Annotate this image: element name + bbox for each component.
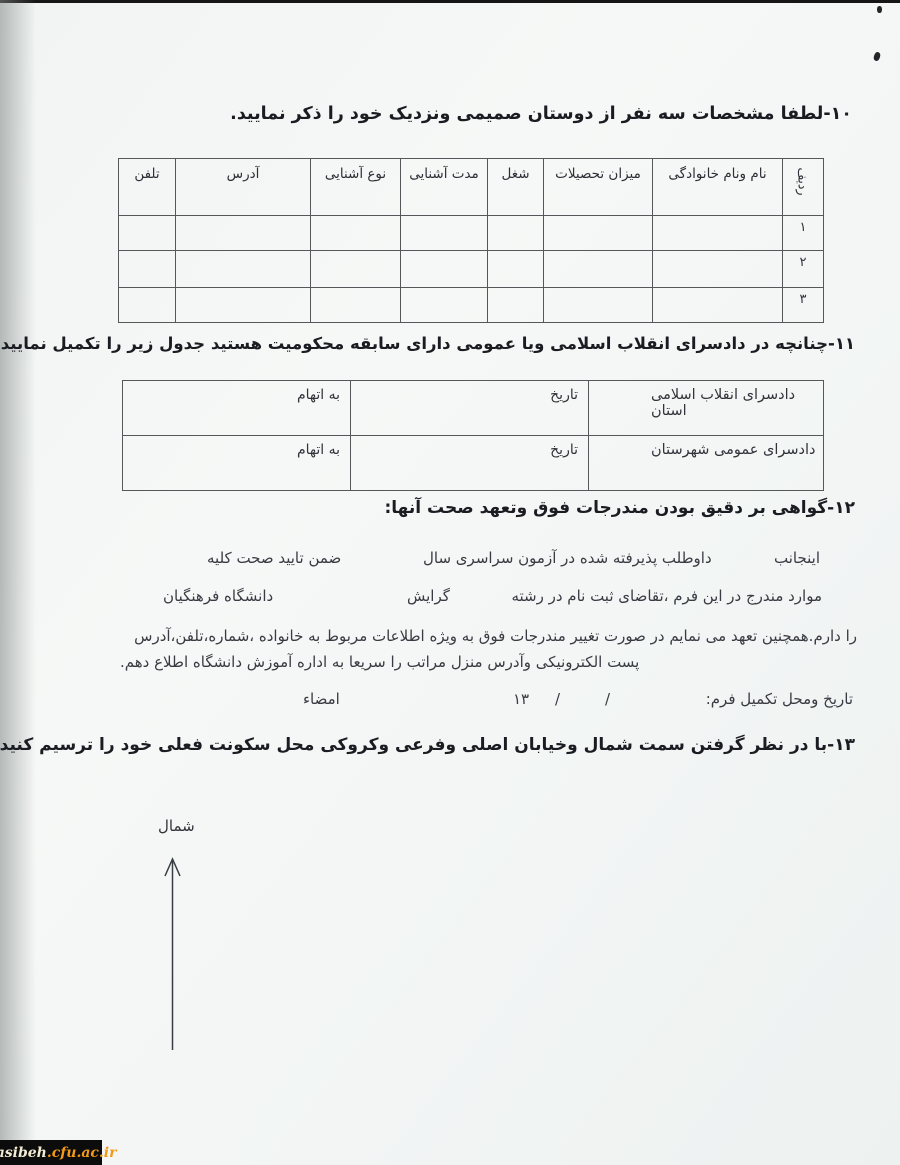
empty-cell: [488, 216, 544, 251]
empty-cell: [176, 251, 311, 288]
section10-heading: ۱۰-لطفا مشخصات سه نفر از دوستان صمیمی ون…: [230, 104, 852, 124]
date-slash: /: [555, 690, 560, 708]
empty-cell: [653, 251, 783, 288]
friends-table: ردیف نام ونام خانوادگی میزان تحصیلات شغل…: [118, 158, 824, 323]
year-prefix: ۱۳: [513, 690, 529, 708]
empty-cell: [653, 216, 783, 251]
watermark-site-domain: .cfu.ac.ir: [47, 1145, 117, 1161]
empty-cell: [488, 251, 544, 288]
empty-cell: [544, 288, 653, 323]
column-header-education: میزان تحصیلات: [544, 159, 653, 216]
table-row: ۱: [119, 216, 824, 251]
form-contents-text: موارد مندرج در این فرم ،تقاضای ثبت نام د…: [511, 587, 822, 605]
section11-heading: ۱۱-چنانچه در دادسرای انقلاب اسلامی ویا ع…: [0, 334, 855, 353]
table-row: ۲: [119, 251, 824, 288]
admitted-candidate-text: داوطلب پذیرفته شده در آزمون سراسری سال: [423, 549, 712, 567]
convictions-table: دادسرای انقلاب اسلامی استان تاریخ به اته…: [122, 380, 824, 491]
empty-cell: [401, 216, 488, 251]
empty-cell: [176, 288, 311, 323]
court-name-cell: دادسرای عمومی شهرستان: [589, 436, 824, 491]
column-header-phone: تلفن: [119, 159, 176, 216]
table-row: ۳: [119, 288, 824, 323]
commitment-text-line2: پست الکترونیکی وآدرس منزل مراتب را سریعا…: [120, 653, 639, 671]
empty-cell: [311, 251, 401, 288]
charge-label-cell: به اتهام: [123, 381, 351, 436]
table-row: دادسرای عمومی شهرستان تاریخ به اتهام: [123, 436, 824, 491]
column-header-acquaintance-duration: مدت آشنایی: [401, 159, 488, 216]
scan-top-edge: [0, 0, 900, 3]
declarant-label: اینجانب: [774, 549, 820, 567]
column-header-row-number: ردیف: [783, 159, 824, 216]
column-header-address: آدرس: [176, 159, 311, 216]
scan-speck: [877, 6, 882, 13]
scanned-form-page: ۱۰-لطفا مشخصات سه نفر از دوستان صمیمی ون…: [0, 0, 900, 1165]
date-slash: /: [605, 690, 610, 708]
date-label-cell: تاریخ: [351, 381, 589, 436]
charge-label-cell: به اتهام: [123, 436, 351, 491]
empty-cell: [401, 251, 488, 288]
empty-cell: [176, 216, 311, 251]
watermark-site-name: nasibeh: [0, 1145, 47, 1161]
row-number-cell: ۱: [783, 216, 824, 251]
empty-cell: [119, 216, 176, 251]
university-name: دانشگاه فرهنگیان: [163, 587, 273, 605]
empty-cell: [119, 251, 176, 288]
scan-left-shadow: [0, 0, 36, 1165]
column-header-full-name: نام ونام خانوادگی: [653, 159, 783, 216]
empty-cell: [401, 288, 488, 323]
major-label: گرایش: [407, 587, 450, 605]
north-label: شمال: [158, 817, 195, 835]
empty-cell: [544, 251, 653, 288]
row-number-cell: ۲: [783, 251, 824, 288]
friends-table-header-row: ردیف نام ونام خانوادگی میزان تحصیلات شغل…: [119, 159, 824, 216]
column-header-acquaintance-type: نوع آشنایی: [311, 159, 401, 216]
empty-cell: [488, 288, 544, 323]
row-number-cell: ۳: [783, 288, 824, 323]
table-row: دادسرای انقلاب اسلامی استان تاریخ به اته…: [123, 381, 824, 436]
watermark-bar: nasibeh.cfu.ac.ir: [0, 1140, 102, 1165]
empty-cell: [119, 288, 176, 323]
empty-cell: [653, 288, 783, 323]
court-name-cell: دادسرای انقلاب اسلامی استان: [589, 381, 824, 436]
signature-label: امضاء: [303, 690, 340, 708]
date-label-cell: تاریخ: [351, 436, 589, 491]
empty-cell: [544, 216, 653, 251]
empty-cell: [311, 216, 401, 251]
confirm-accuracy-text: ضمن تایید صحت کلیه: [207, 549, 341, 567]
commitment-text-line1: را دارم.همچنین تعهد می نمایم در صورت تغی…: [134, 627, 857, 645]
empty-cell: [311, 288, 401, 323]
column-header-job: شغل: [488, 159, 544, 216]
section12-heading: ۱۲-گواهی بر دقیق بودن مندرجات فوق وتعهد …: [384, 498, 855, 518]
north-arrow-icon: [158, 845, 188, 1057]
scan-speck: [873, 51, 881, 61]
form-date-place-label: تاریخ ومحل تکمیل فرم:: [706, 690, 853, 708]
section13-heading: ۱۳-با در نظر گرفتن سمت شمال وخیابان اصلی…: [0, 735, 855, 755]
